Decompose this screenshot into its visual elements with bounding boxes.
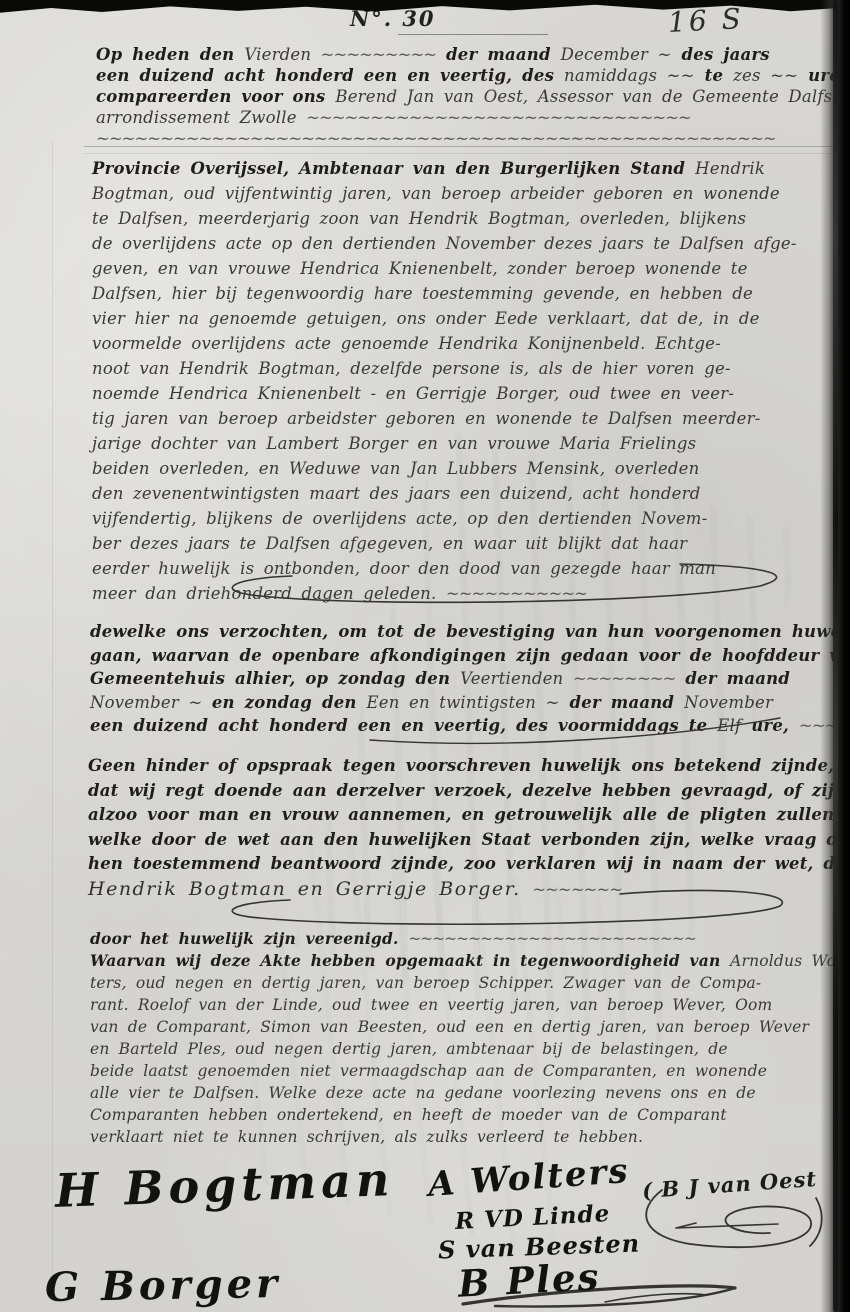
paper-page: N°. 30 16 S Op heden den Vierden ~~~~~~~… [0,0,850,1312]
text-segment: vier hier na genoemde getuigen, ons onde… [92,309,760,328]
handwritten-line: de overlijdens acte op den dertienden No… [92,231,810,256]
text-segment: der maand [436,45,561,64]
text-segment: een duizend acht honderd een en veertig,… [96,66,564,85]
text-segment: Geen hinder of opspraak tegen voorschrev… [88,756,850,775]
text-segment: Gemeentehuis alhier, op zondag den [90,669,460,688]
text-segment: der maand [675,669,790,688]
text-segment: te Dalfsen, meerderjarig zoon van Hendri… [92,209,746,228]
handwritten-line: rant. Roelof van der Linde, oud twee en … [90,994,814,1016]
handwritten-line: hen toestemmend beantwoord zijnde, zoo v… [88,852,810,877]
handwritten-line: jarige dochter van Lambert Borger en van… [92,431,810,456]
text-segment: ber dezes jaars te Dalfsen afgegeven, en… [92,534,687,553]
text-segment: compareerden voor ons [96,87,335,106]
text-segment: zes ~~ [733,66,798,85]
text-segment: gaan, waarvan de openbare afkondigingen … [90,646,850,665]
text-segment: te [695,66,733,85]
text-segment: namiddags ~~ [564,66,695,85]
handwritten-line: Comparanten hebben ondertekend, en heeft… [90,1104,814,1126]
flourish-loop-declaration [120,552,820,616]
handwritten-line: Geen hinder of opspraak tegen voorschrev… [88,754,810,779]
handwritten-line: tig jaren van beroep arbeidster geboren … [92,406,810,431]
text-segment: beide laatst genoemden niet vermaagdscha… [90,1062,767,1080]
handwritten-line: geven, en van vrouwe Hendrica Knienenbel… [92,256,810,281]
text-segment: noemde Hendrica Knienenbelt - en Gerrigj… [92,384,734,403]
signature-witness-wolters: A Wolters [427,1151,631,1205]
text-segment: Op heden den [96,45,244,64]
signature-bride: G Borger [45,1260,282,1311]
handwritten-line: alle vier te Dalfsen. Welke deze acte na… [90,1082,814,1104]
handwritten-line: Provincie Overijssel, Ambtenaar van den … [92,156,810,181]
handwritten-line: alzoo voor man en vrouw aannemen, en get… [88,803,810,828]
text-segment: tig jaren van beroep arbeidster geboren … [92,409,761,428]
handwritten-line: en Barteld Ples, oud negen dertig jaren,… [90,1038,814,1060]
text-segment: verklaart niet te kunnen schrijven, als … [90,1128,643,1146]
text-segment: voormelde overlijdens acte genoemde Hend… [92,334,721,353]
text-segment: November ~ [90,693,212,712]
handwritten-line: noemde Hendrica Knienenbelt - en Gerrigj… [92,381,810,406]
handwritten-line: noot van Hendrik Bogtman, dezelfde perso… [92,356,810,381]
text-segment: November [684,693,773,712]
paragraph-witnesses: door het huwelijk zijn vereenigd. ~~~~~~… [90,928,814,1148]
text-segment: der maand [560,693,685,712]
text-segment: Provincie Overijssel, Ambtenaar van den … [92,159,695,178]
text-segment: arrondissement Zwolle [96,108,306,127]
handwritten-line: Gemeentehuis alhier, op zondag den Veert… [90,667,808,691]
handwritten-line: dewelke ons verzochten, om tot de bevest… [90,620,808,644]
text-segment: van de Comparant, Simon van Beesten, oud… [90,1018,809,1036]
text-segment: alle vier te Dalfsen. Welke deze acte na… [90,1084,756,1102]
text-segment: vijfendertig, blijkens de overlijdens ac… [92,509,707,528]
handwritten-line: beide laatst genoemden niet vermaagdscha… [90,1060,814,1082]
text-segment: welke door de wet aan den huwelijken Sta… [88,830,850,849]
scanned-marriage-record: { "colors": { "paper": "#d8d7d3", "ink_f… [0,0,850,1312]
handwritten-line: den zevenentwintigsten maart des jaars e… [92,481,810,506]
text-segment: dewelke ons verzochten, om tot de bevest… [90,622,850,641]
handwritten-line: beiden overleden, en Weduwe van Jan Lubb… [92,456,810,481]
text-segment: rant. Roelof van der Linde, oud twee en … [90,996,772,1014]
text-segment: jarige dochter van Lambert Borger en van… [92,434,696,453]
handwritten-line: welke door de wet aan den huwelijken Sta… [88,828,810,853]
text-segment: Hendrik [695,159,765,178]
text-segment: alzoo voor man en vrouw aannemen, en get… [88,805,850,824]
text-segment: ~~~~~~~~~ [321,45,436,64]
handwritten-line: van de Comparant, Simon van Beesten, oud… [90,1016,814,1038]
text-segment: Berend Jan van Oest, Assessor van de Gem… [335,87,850,106]
text-segment: ~~~~~~~~~~~~~~~~~~~~~~~~ [408,930,696,948]
text-segment: ~~~~~~~~ [573,669,676,688]
text-segment: en Barteld Ples, oud negen dertig jaren,… [90,1040,728,1058]
handwritten-line: voormelde overlijdens acte genoemde Hend… [92,331,810,356]
text-segment: den zevenentwintigsten maart des jaars e… [92,484,700,503]
text-segment: Dalfsen, hier bij tegenwoordig hare toes… [92,284,753,303]
handwritten-line: gaan, waarvan de openbare afkondigingen … [90,644,808,668]
handwritten-line: dat wij regt doende aan derzelver verzoe… [88,779,810,804]
handwritten-line: een duizend acht honderd een en veertig,… [96,65,810,86]
handwritten-line: Dalfsen, hier bij tegenwoordig hare toes… [92,281,810,306]
act-number-underline [398,34,548,35]
handwritten-line: Waarvan wij deze Akte hebben opgemaakt i… [90,950,814,972]
ruled-line-faint [84,153,844,154]
signature-witness-ples: B Ples [457,1254,602,1305]
handwritten-line: Op heden den Vierden ~~~~~~~~~ der maand… [96,44,810,65]
flourish-arc-banns [360,714,790,750]
text-segment: de overlijdens acte op den dertienden No… [92,234,797,253]
text-segment: Bogtman, oud vijfentwintig jaren, van be… [92,184,780,203]
handwritten-line: ~~~~~~~~~~~~~~~~~~~~~~~~~~~~~~~~~~~~~~~~… [96,128,810,149]
text-segment: ~~~~~~~~~~~~~~~~~~~~~~~~~~~~~~~~~~~~~~~~… [96,129,776,148]
text-segment: Comparanten hebben ondertekend, en heeft… [90,1106,727,1124]
flourish-loop-names [150,880,830,932]
handwritten-line: verklaart niet te kunnen schrijven, als … [90,1126,814,1148]
handwritten-line: Bogtman, oud vijfentwintig jaren, van be… [92,181,810,206]
text-segment: ters, oud negen en dertig jaren, van ber… [90,974,761,992]
page-crease [52,140,53,1300]
text-segment: Waarvan wij deze Akte hebben opgemaakt i… [90,951,730,970]
handwritten-line: compareerden voor ons Berend Jan van Oes… [96,86,810,107]
text-segment: en zondag den [212,693,367,712]
paragraph-opening: Op heden den Vierden ~~~~~~~~~ der maand… [96,44,810,149]
handwritten-line: te Dalfsen, meerderjarig zoon van Hendri… [92,206,810,231]
text-segment: geven, en van vrouwe Hendrica Knienenbel… [92,259,748,278]
handwritten-line: ters, oud negen en dertig jaren, van ber… [90,972,814,994]
text-segment: hen toestemmend beantwoord zijnde, zoo v… [88,854,850,873]
binding-shadow-streak [833,0,838,1312]
text-segment: Een en twintigsten ~ [367,693,560,712]
text-segment: beiden overleden, en Weduwe van Jan Lubb… [92,459,699,478]
text-segment: December ~ [561,45,672,64]
handwritten-line: vier hier na genoemde getuigen, ons onde… [92,306,810,331]
handwritten-line: arrondissement Zwolle ~~~~~~~~~~~~~~~~~~… [96,107,810,128]
text-segment: dat wij regt doende aan derzelver verzoe… [88,781,850,800]
text-segment: noot van Hendrik Bogtman, dezelfde perso… [92,359,731,378]
text-segment: des jaars [672,45,770,64]
text-segment: Veertienden [460,669,573,688]
signature-groom: H Bogtman [54,1152,395,1218]
text-segment: ~~~~~~~~~~~~~~~~~~~~~~~~~~~~~~ [306,108,691,127]
handwritten-line: November ~ en zondag den Een en twintigs… [90,691,808,715]
paragraph-declaration: Provincie Overijssel, Ambtenaar van den … [92,156,810,606]
text-segment: Vierden [244,45,320,64]
handwritten-line: vijfendertig, blijkens de overlijdens ac… [92,506,810,531]
